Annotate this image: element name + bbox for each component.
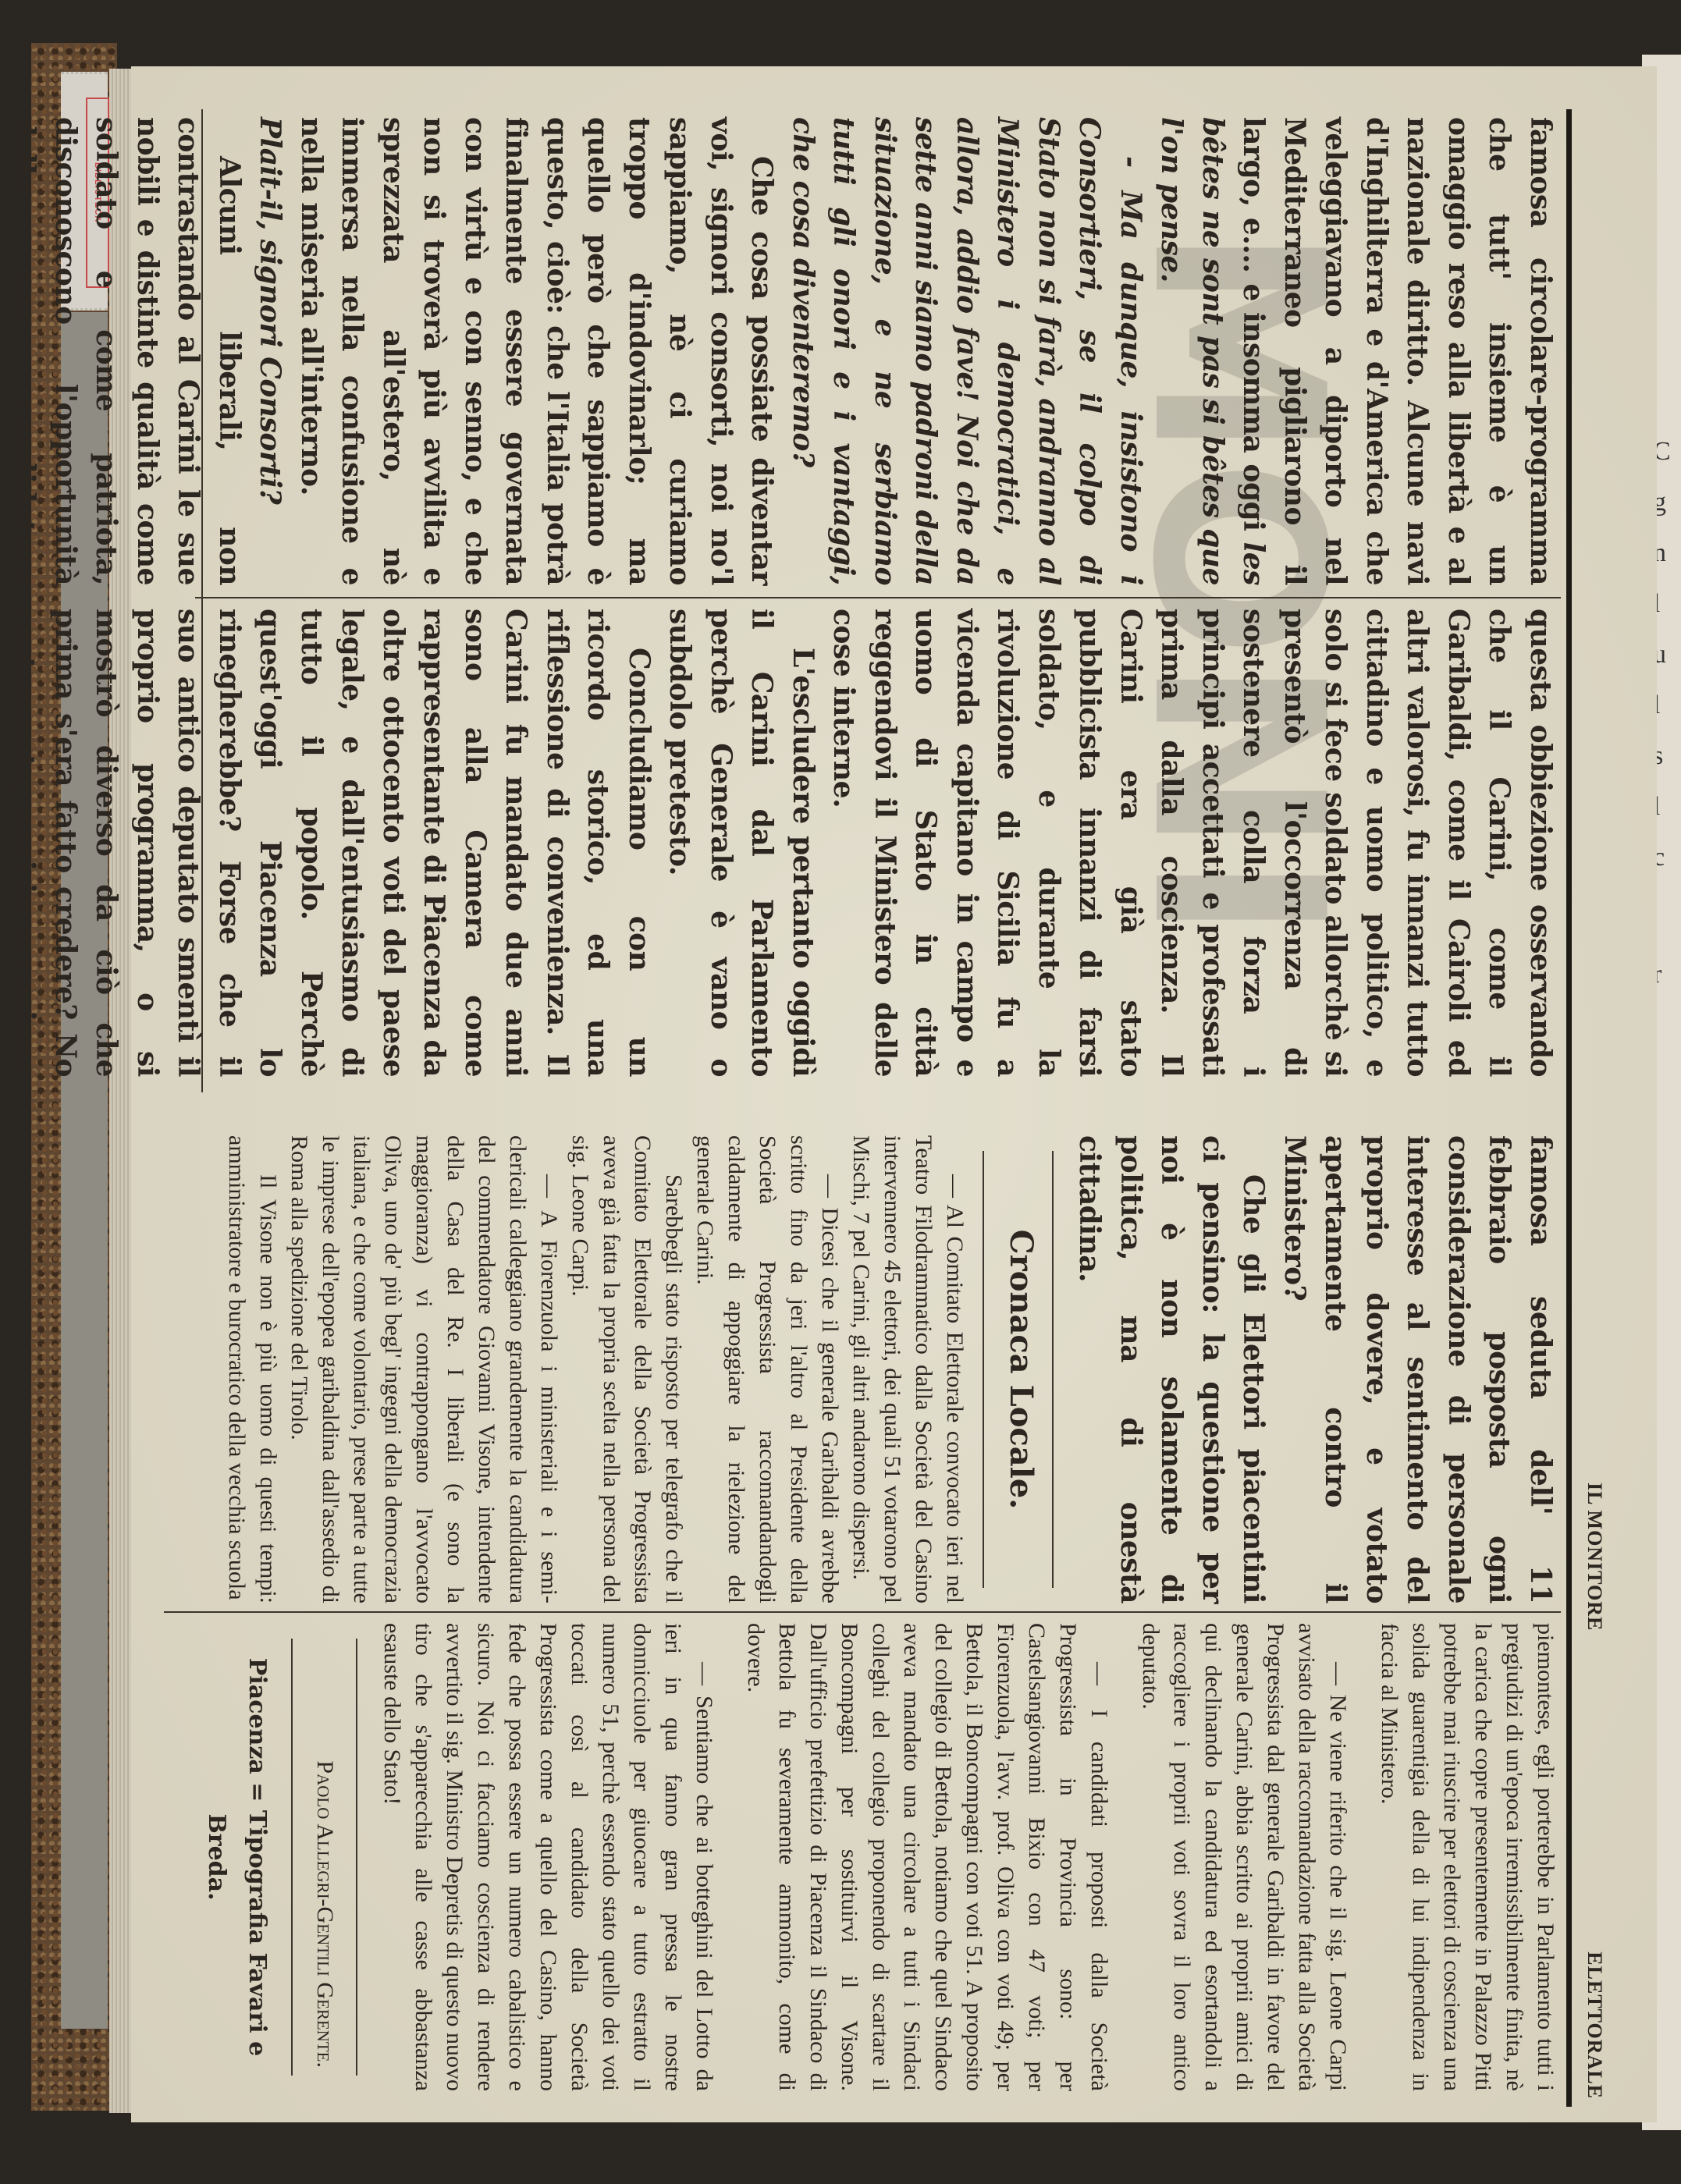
paragraph: Concludiamo con un ricordo storico, ed u… — [0, 609, 659, 1077]
editor-signature: Paolo Allegri-Gentili Gerente. — [304, 1623, 346, 2091]
column-end-rule — [201, 109, 203, 1092]
column-1: famosa circolare-programma che tutt' ins… — [0, 117, 1561, 585]
column-3: famosa seduta dell' 11 febbraio posposta… — [222, 1135, 1562, 1603]
column-4: piemontese, egli porterebbe in Parlament… — [196, 1623, 1562, 2091]
column-divider — [164, 1611, 1561, 1613]
printer-imprint: Piacenza = Tipografia Favari e Breda. — [196, 1623, 278, 2091]
news-item: Il Visone non è più uomo di questi tempi… — [222, 1135, 284, 1603]
masthead-title: IL MONITORE — [1583, 1483, 1606, 1631]
news-item: Sarebbegli stato risposto per telegrafo … — [565, 1135, 690, 1603]
news-item: — Sentiamo che ai botteghini del Lotto d… — [376, 1623, 720, 2091]
paragraph: L'escludere pertanto oggidì il Carini da… — [659, 609, 823, 1077]
paragraph: Che cosa possiate diventar voi, signori … — [291, 117, 783, 585]
news-item: — I candidati proposti dalla Società Pro… — [740, 1623, 1114, 2091]
lead-paragraph-2: Che gli Elettori piacentini ci pensino: … — [1069, 1135, 1274, 1603]
news-item: — Dicesi che il generale Garibaldi avreb… — [690, 1135, 846, 1603]
section-rule — [1052, 1151, 1054, 1588]
paragraph: - Ma dunque, insistono i Consortieri, se… — [783, 117, 1152, 585]
section-title: ELETTORALE — [1583, 1951, 1606, 2099]
news-item: — A Fiorenzuola i ministeriali e i semi-… — [284, 1135, 565, 1603]
paragraph: Alcuni liberali, non contrastando al Car… — [0, 117, 250, 585]
page-header: IL MONITORE ELETTORALE — [1566, 109, 1608, 2107]
news-item: piemontese, egli porterebbe in Parlament… — [1374, 1623, 1561, 2091]
section-heading-cronaca-locale: Cronaca Locale. — [1000, 1135, 1042, 1603]
column-divider — [195, 597, 1561, 598]
paragraph: questa obbiezione osservando che il Cari… — [823, 609, 1561, 1077]
footer-rule — [292, 1639, 293, 2076]
section-rule — [983, 1151, 985, 1588]
newspaper-page: MONI IL MONITORE ELETTORALE famosa circo… — [148, 109, 1608, 2107]
signature-rule — [356, 1639, 357, 2076]
column-2: questa obbiezione osservando che il Cari… — [0, 609, 1561, 1077]
paragraph: Plait-il, signori Consorti? — [250, 117, 291, 585]
news-item: — Al Comitato Elettorale convocato ieri … — [846, 1135, 971, 1603]
paragraph: famosa circolare-programma che tutt' ins… — [1151, 117, 1561, 585]
news-item: — Ne viene riferito che il sig. Leone Ca… — [1135, 1623, 1353, 2091]
lead-paragraph: famosa seduta dell' 11 febbraio posposta… — [1274, 1135, 1562, 1603]
